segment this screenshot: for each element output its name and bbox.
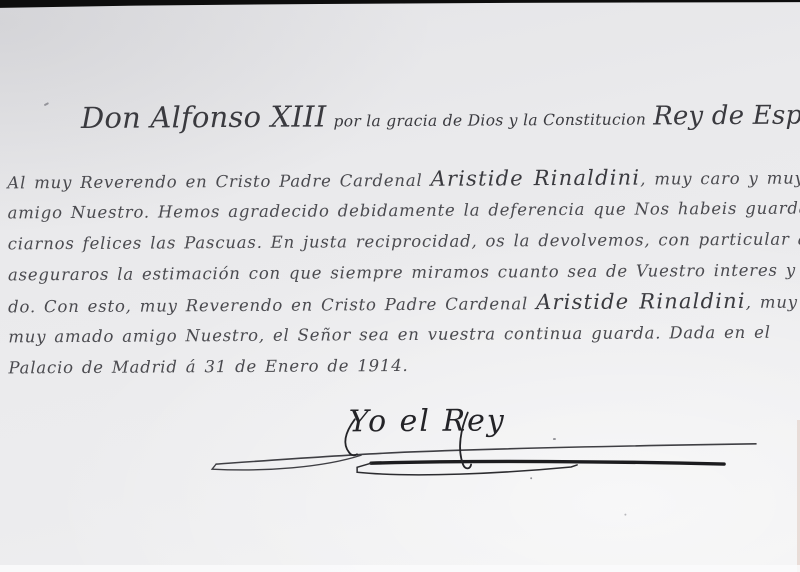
body-line-5: do. Con esto, muy Reverendo en Cristo Pa… <box>8 286 798 322</box>
paper-speck <box>44 102 49 106</box>
cardinal-name-text: Aristide Rinaldini <box>536 289 746 314</box>
signature-rubric-flourish <box>173 435 773 484</box>
body-line-3: ciarnos felices las Pascuas. En justa re… <box>8 224 798 260</box>
royal-title-text: Rey de España, <box>653 100 800 131</box>
body-line-2: amigo Nuestro. Hemos agradecido debidame… <box>7 193 797 229</box>
body-line-1-post: , muy caro y muy amado <box>640 168 800 188</box>
body-line-1: Al muy Reverendo en Cristo Padre Cardena… <box>7 162 797 198</box>
body-line-5-pre: do. Con esto, muy Reverendo en Cristo Pa… <box>8 294 536 316</box>
paper-speck <box>624 514 626 516</box>
body-line-5-post: , muy caro y <box>746 292 800 312</box>
letter-body: Al muy Reverendo en Cristo Padre Cardena… <box>7 162 798 384</box>
document-heading: Don Alfonso XIIIpor la gracia de Dios y … <box>81 96 800 135</box>
paper-speck <box>530 477 532 479</box>
date-line: Palacio de Madrid á 31 de Enero de 1914. <box>8 348 798 384</box>
royal-letter-photo: Don Alfonso XIIIpor la gracia de Dios y … <box>0 0 800 572</box>
body-line-1-pre: Al muy Reverendo en Cristo Padre Cardena… <box>7 171 430 193</box>
royal-signature-text: Yo el Rey <box>349 403 506 439</box>
paper-speck <box>553 438 556 440</box>
body-line-4: aseguraros la estimación con que siempre… <box>8 255 798 291</box>
king-name-text: Don Alfonso XIII <box>81 99 327 134</box>
photo-paper-bottom-edge <box>0 565 800 572</box>
cardinal-name-text: Aristide Rinaldini <box>430 166 640 191</box>
heading-formula-text: por la gracia de Dios y la Constitucion <box>326 110 653 130</box>
body-line-6: muy amado amigo Nuestro, el Señor sea en… <box>8 317 798 353</box>
royal-letter-document: Don Alfonso XIIIpor la gracia de Dios y … <box>0 0 800 572</box>
